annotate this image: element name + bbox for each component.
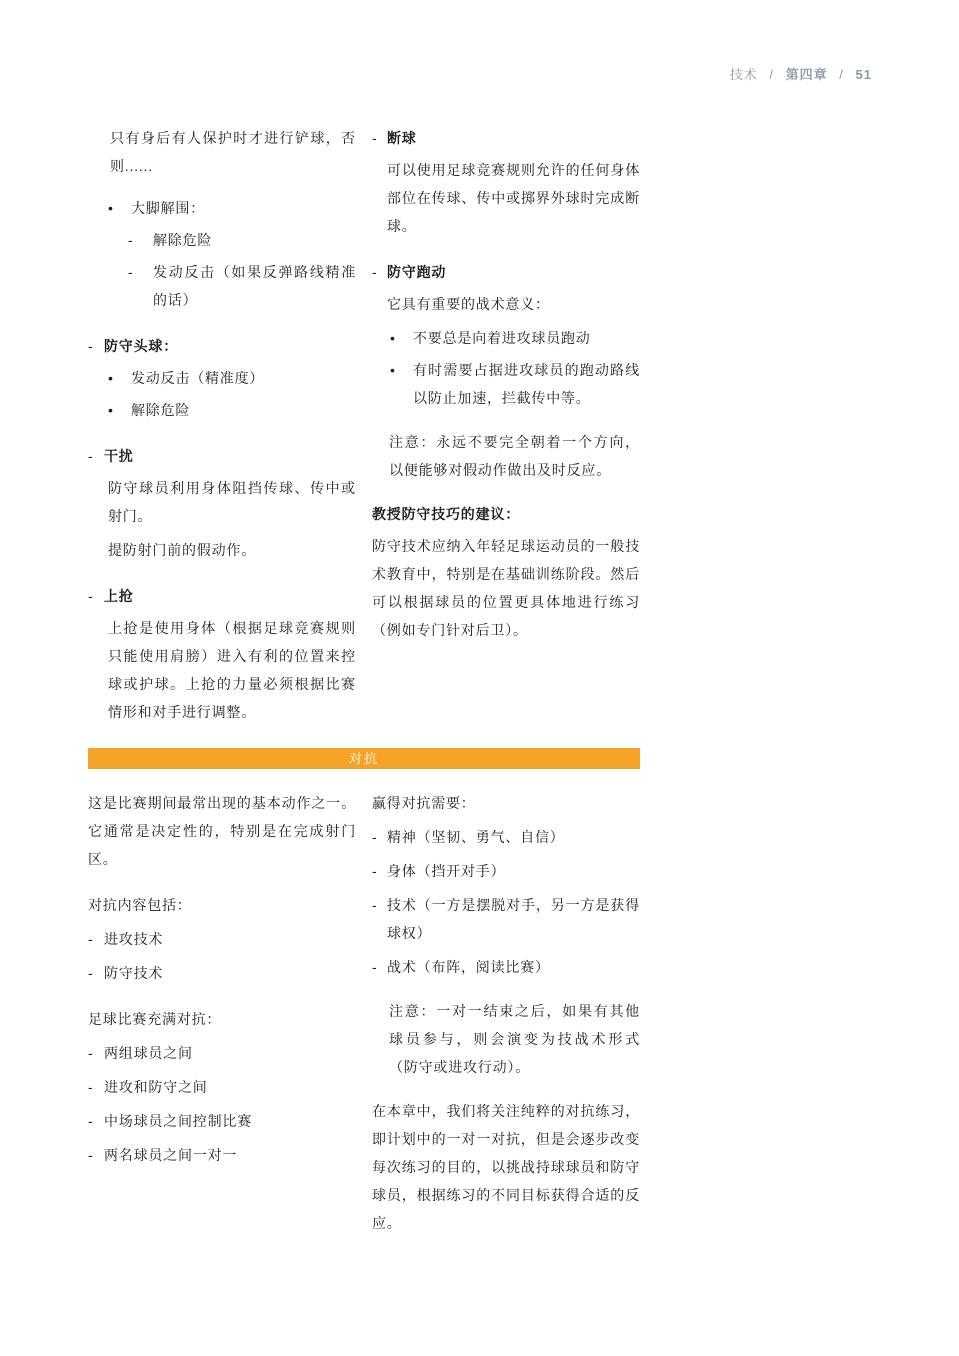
interference-heading-row: - 干扰: [88, 442, 356, 470]
top-section: 只有身后有人保护时才进行铲球，否则...... • 大脚解围： - 解除危险 -…: [88, 124, 640, 726]
dash-marker: -: [88, 1039, 104, 1067]
contents-item: - 防守技术: [88, 959, 356, 987]
defensive-running-intro: 它具有重要的战术意义：: [372, 290, 640, 318]
teaching-heading: 教授防守技巧的建议：: [372, 500, 640, 528]
interference-body: 防守球员利用身体阻挡传球、传中或射门。: [88, 474, 356, 530]
pressing-heading-row: - 上抢: [88, 582, 356, 610]
dash-marker: -: [88, 1141, 104, 1169]
defensive-running-item-text: 不要总是向着进攻球员跑动: [413, 324, 640, 352]
dash-marker: -: [88, 1107, 104, 1135]
defensive-running-heading-row: - 防守跑动: [372, 258, 640, 286]
header-section-label: 技术: [730, 67, 758, 82]
interception-body: 可以使用足球竞赛规则允许的任何身体部位在传球、传中或掷界外球时完成断球。: [372, 156, 640, 240]
contents-item-text: 进攻技术: [104, 925, 356, 953]
win-title: 赢得对抗需要：: [372, 789, 640, 817]
duel-note: 注意：一对一结束之后，如果有其他球员参与，则会演变为技战术形式（防守或进攻行动）…: [372, 997, 640, 1081]
dash-marker: -: [88, 442, 104, 470]
clearance-sub-text: 发动反击（如果反弹路线精准的话）: [153, 258, 356, 314]
header-separator: /: [769, 67, 774, 82]
dash-marker: -: [88, 959, 104, 987]
defensive-header-heading: 防守头球：: [104, 332, 356, 360]
bullet-marker: •: [108, 194, 131, 222]
dash-marker: -: [88, 332, 104, 360]
win-item: - 战术（布阵，阅读比赛）: [372, 953, 640, 981]
dash-marker: -: [128, 226, 153, 254]
page-header: 技术 / 第四章 / 51: [0, 64, 872, 83]
page-content: 只有身后有人保护时才进行铲球，否则...... • 大脚解围： - 解除危险 -…: [88, 124, 640, 1237]
clearance-label: 大脚解围：: [131, 194, 356, 222]
duel-item: - 两组球员之间: [88, 1039, 356, 1067]
contents-title: 对抗内容包括：: [88, 891, 356, 919]
bullet-marker: •: [108, 396, 131, 424]
dash-marker: -: [372, 258, 387, 286]
duel-intro: 这是比赛期间最常出现的基本动作之一。它通常是决定性的，特别是在完成射门区。: [88, 789, 356, 873]
dash-marker: -: [372, 953, 387, 981]
dash-marker: -: [88, 582, 104, 610]
defensive-running-item-text: 有时需要占据进攻球员的跑动路线以防止加速，拦截传中等。: [413, 356, 640, 412]
top-left-column: 只有身后有人保护时才进行铲球，否则...... • 大脚解围： - 解除危险 -…: [88, 124, 356, 726]
win-item: - 精神（坚韧、勇气、自信）: [372, 823, 640, 851]
win-item-text: 精神（坚韧、勇气、自信）: [387, 823, 640, 851]
win-item-text: 战术（布阵，阅读比赛）: [387, 953, 640, 981]
duel-item-text: 中场球员之间控制比赛: [104, 1107, 356, 1135]
win-item-text: 技术（一方是摆脱对手，另一方是获得球权）: [387, 891, 640, 947]
duel-item: - 两名球员之间一对一: [88, 1141, 356, 1169]
dash-marker: -: [372, 857, 387, 885]
header-separator: /: [839, 67, 844, 82]
top-right-column: - 断球 可以使用足球竞赛规则允许的任何身体部位在传球、传中或掷界外球时完成断球…: [372, 124, 640, 726]
dash-marker: -: [372, 124, 387, 152]
bottom-section: 这是比赛期间最常出现的基本动作之一。它通常是决定性的，特别是在完成射门区。 对抗…: [88, 789, 640, 1237]
duel-title: 足球比赛充满对抗：: [88, 1005, 356, 1033]
defensive-header-item-text: 解除危险: [131, 396, 356, 424]
duel-item-text: 两名球员之间一对一: [104, 1141, 356, 1169]
defensive-running-heading: 防守跑动: [387, 258, 640, 286]
header-chapter-label: 第四章: [786, 67, 828, 82]
teaching-body: 防守技术应纳入年轻足球运动员的一般技术教育中，特别是在基础训练阶段。然后可以根据…: [372, 532, 640, 644]
defensive-header-item: • 解除危险: [108, 396, 356, 424]
bullet-marker: •: [390, 324, 413, 352]
pressing-body: 上抢是使用身体（根据足球竞赛规则只能使用肩膀）进入有利的位置来控球或护球。上抢的…: [88, 614, 356, 726]
duel-item-text: 进攻和防守之间: [104, 1073, 356, 1101]
bottom-right-column: 赢得对抗需要： - 精神（坚韧、勇气、自信） - 身体（挡开对手） - 技术（一…: [372, 789, 640, 1237]
duel-item-text: 两组球员之间: [104, 1039, 356, 1067]
defensive-header-item: • 发动反击（精准度）: [108, 364, 356, 392]
defensive-running-note: 注意：永远不要完全朝着一个方向，以便能够对假动作做出及时反应。: [372, 428, 640, 484]
interference-heading: 干扰: [104, 442, 356, 470]
chapter-closing-paragraph: 在本章中，我们将关注纯粹的对抗练习，即计划中的一对一对抗，但是会逐步改变每次练习…: [372, 1097, 640, 1237]
win-item-text: 身体（挡开对手）: [387, 857, 640, 885]
defensive-running-item: • 有时需要占据进攻球员的跑动路线以防止加速，拦截传中等。: [390, 356, 640, 412]
clearance-bullet-item: • 大脚解围：: [108, 194, 356, 222]
pressing-heading: 上抢: [104, 582, 356, 610]
defensive-header-heading-row: - 防守头球：: [88, 332, 356, 360]
duel-item: - 进攻和防守之间: [88, 1073, 356, 1101]
dash-marker: -: [88, 1073, 104, 1101]
duel-item: - 中场球员之间控制比赛: [88, 1107, 356, 1135]
document-page: 技术 / 第四章 / 51 只有身后有人保护时才进行铲球，否则...... • …: [0, 0, 959, 1356]
win-item: - 身体（挡开对手）: [372, 857, 640, 885]
section-banner-title: 对抗: [349, 751, 379, 766]
section-banner: 对抗: [88, 748, 640, 769]
clearance-sub-item: - 发动反击（如果反弹路线精准的话）: [128, 258, 356, 314]
interference-tip: 提防射门前的假动作。: [88, 536, 356, 564]
dash-marker: -: [372, 823, 387, 851]
clearance-sub-item: - 解除危险: [128, 226, 356, 254]
defensive-header-item-text: 发动反击（精准度）: [131, 364, 356, 392]
tackle-note-paragraph: 只有身后有人保护时才进行铲球，否则......: [88, 124, 356, 180]
interception-heading: 断球: [387, 124, 640, 152]
clearance-sub-text: 解除危险: [153, 226, 356, 254]
defensive-running-item: • 不要总是向着进攻球员跑动: [390, 324, 640, 352]
header-page-number: 51: [856, 67, 872, 82]
bottom-left-column: 这是比赛期间最常出现的基本动作之一。它通常是决定性的，特别是在完成射门区。 对抗…: [88, 789, 356, 1237]
win-item: - 技术（一方是摆脱对手，另一方是获得球权）: [372, 891, 640, 947]
dash-marker: -: [128, 258, 153, 286]
contents-item: - 进攻技术: [88, 925, 356, 953]
bullet-marker: •: [390, 356, 413, 384]
dash-marker: -: [372, 891, 387, 919]
bullet-marker: •: [108, 364, 131, 392]
contents-item-text: 防守技术: [104, 959, 356, 987]
dash-marker: -: [88, 925, 104, 953]
interception-heading-row: - 断球: [372, 124, 640, 152]
